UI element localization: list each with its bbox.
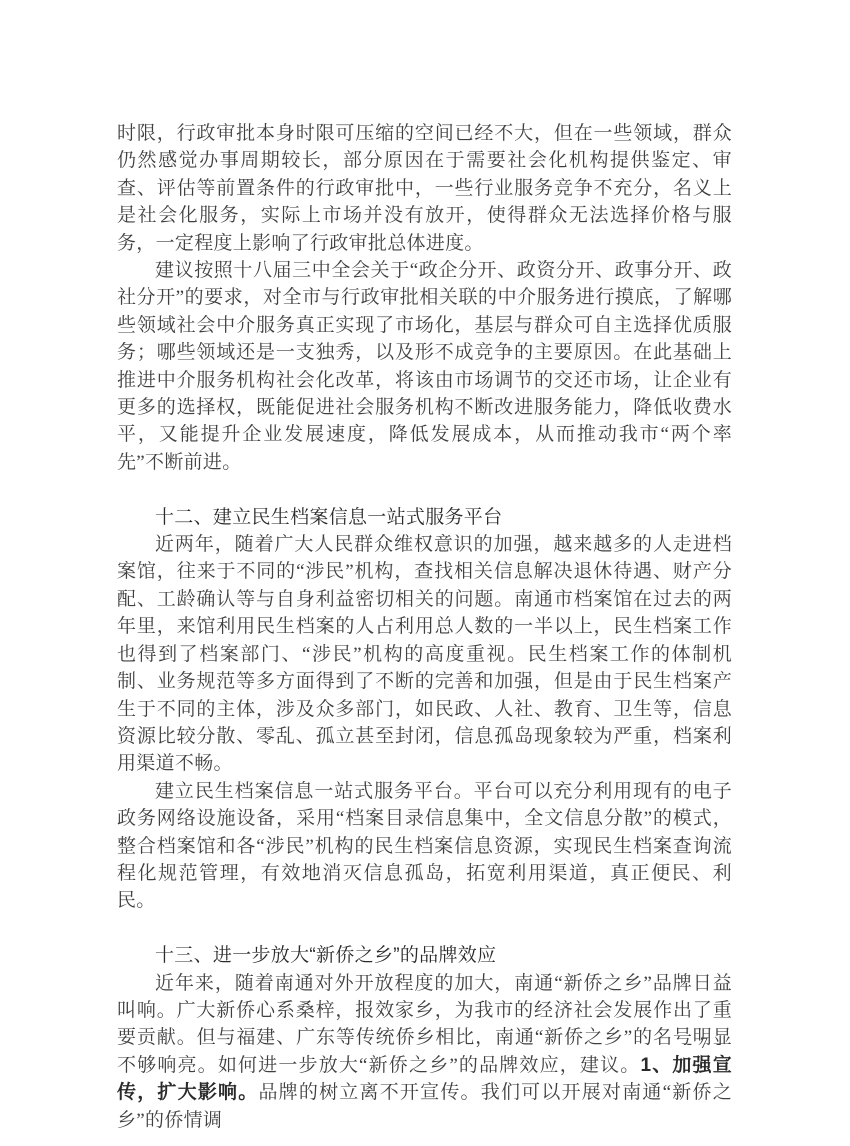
text-run: 建立民生档案信息一站式服务平台。平台可以充分利用现有的电子政务网络设施设备，采用… xyxy=(117,781,732,912)
paragraph: 时限，行政审批本身时限可压缩的空间已经不大，但在一些领域，群众仍然感觉办事周期较… xyxy=(117,120,732,257)
page-number: - 7 - xyxy=(650,1035,760,1053)
section-heading: 十二、建立民生档案信息一站式服务平台 xyxy=(117,504,732,531)
text-run: 近两年，随着广大人民群众维权意识的加强，越来越多的人走进档案馆，往来于不同的“涉… xyxy=(117,534,732,774)
paragraph: 建议按照十八届三中全会关于“政企分开、政资分开、政事分开、政社分开”的要求，对全… xyxy=(117,257,732,476)
text-run: 建议按照十八届三中全会关于“政企分开、政资分开、政事分开、政社分开”的要求，对全… xyxy=(117,260,732,473)
section-heading: 十三、进一步放大“新侨之乡”的品牌效应 xyxy=(117,942,732,969)
document-page: 时限，行政审批本身时限可压缩的空间已经不大，但在一些领域，群众仍然感觉办事周期较… xyxy=(0,0,850,1146)
paragraph: 近两年，随着广大人民群众维权意识的加强，越来越多的人走进档案馆，往来于不同的“涉… xyxy=(117,531,732,778)
text-run: 十二、建立民生档案信息一站式服务平台 xyxy=(155,507,502,528)
text-run: 时限，行政审批本身时限可压缩的空间已经不大，但在一些领域，群众仍然感觉办事周期较… xyxy=(117,123,732,254)
paragraph: 近年来，随着南通对外开放程度的加大，南通“新侨之乡”品牌日益叫响。广大新侨心系桑… xyxy=(117,970,732,1134)
text-run: 十三、进一步放大“新侨之乡”的品牌效应 xyxy=(155,945,496,966)
paragraph: 建立民生档案信息一站式服务平台。平台可以充分利用现有的电子政务网络设施设备，采用… xyxy=(117,778,732,915)
document-body: 时限，行政审批本身时限可压缩的空间已经不大，但在一些领域，群众仍然感觉办事周期较… xyxy=(117,120,732,1134)
